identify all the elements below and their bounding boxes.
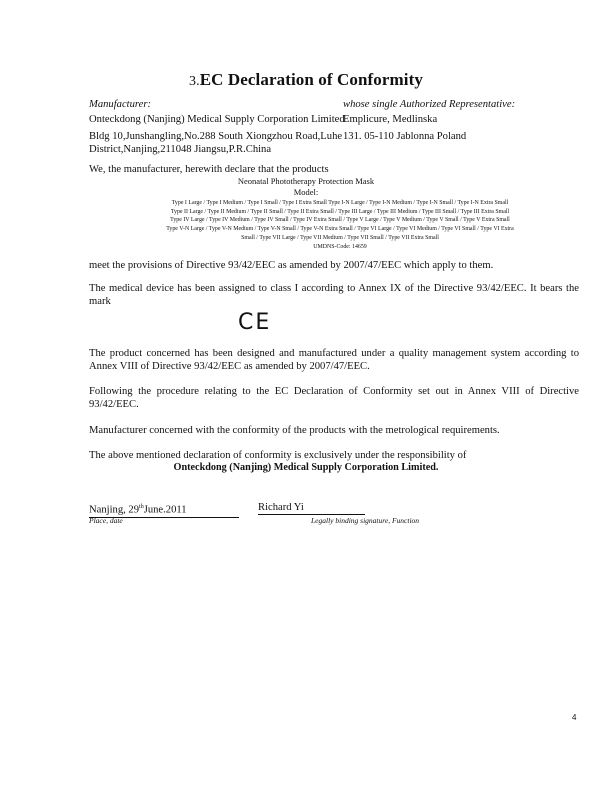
model-line: Type V-N Large / Type V-N Medium / Type …: [96, 225, 584, 234]
representative-name: Emplicure, Medlinska: [343, 113, 437, 126]
ce-mark-icon: CE: [238, 312, 271, 334]
declaration-intro: We, the manufacturer, herewith declare t…: [89, 163, 329, 176]
model-label: Model:: [0, 187, 612, 197]
class-paragraph: The medical device has been assigned to …: [89, 282, 579, 308]
manufacturer-address-line1: Bldg 10,Junshangling,No.288 South Xiongz…: [89, 130, 342, 143]
page-title: 3.EC Declaration of Conformity: [0, 70, 612, 90]
model-line: Type II Large / Type II Medium / Type II…: [96, 208, 584, 217]
signature-field: Richard Yi: [258, 501, 365, 515]
place-date-label: Place, date: [89, 516, 123, 525]
title-number: 3.: [189, 74, 200, 89]
umdns-code: UMDNS-Code: 14659: [96, 243, 584, 252]
model-line: Type I Large / Type I Medium / Type I Sm…: [96, 199, 584, 208]
title-text: EC Declaration of Conformity: [200, 70, 423, 89]
model-line: Small / Type VII Large / Type VII Medium…: [96, 234, 584, 243]
model-line: Type IV Large / Type IV Medium / Type IV…: [96, 216, 584, 225]
signature-label: Legally binding signature, Function: [311, 516, 419, 525]
metrology-paragraph: Manufacturer concerned with the conformi…: [89, 424, 579, 437]
place-date-suffix: June.2011: [144, 505, 187, 516]
responsibility-paragraph: The above mentioned declaration of confo…: [89, 449, 579, 462]
representative-address: 131. 05-110 Jablonna Poland: [343, 130, 466, 143]
procedure-paragraph: Following the procedure relating to the …: [89, 385, 579, 411]
responsible-company: Onteckdong (Nanjing) Medical Supply Corp…: [0, 462, 612, 473]
directive-paragraph: meet the provisions of Directive 93/42/E…: [89, 259, 579, 272]
model-list: Type I Large / Type I Medium / Type I Sm…: [96, 199, 584, 251]
product-name: Neonatal Phototherapy Protection Mask: [0, 176, 612, 186]
representative-label: whose single Authorized Representative:: [343, 98, 515, 111]
signer-name: Richard Yi: [258, 502, 304, 513]
manufacturer-address-line2: District,Nanjing,211048 Jiangsu,P.R.Chin…: [89, 143, 271, 156]
manufacturer-label: Manufacturer:: [89, 98, 151, 111]
quality-paragraph: The product concerned has been designed …: [89, 347, 579, 373]
manufacturer-name: Onteckdong (Nanjing) Medical Supply Corp…: [89, 113, 345, 126]
place-date-prefix: Nanjing, 29: [89, 505, 139, 516]
page-number: 4: [572, 713, 576, 722]
